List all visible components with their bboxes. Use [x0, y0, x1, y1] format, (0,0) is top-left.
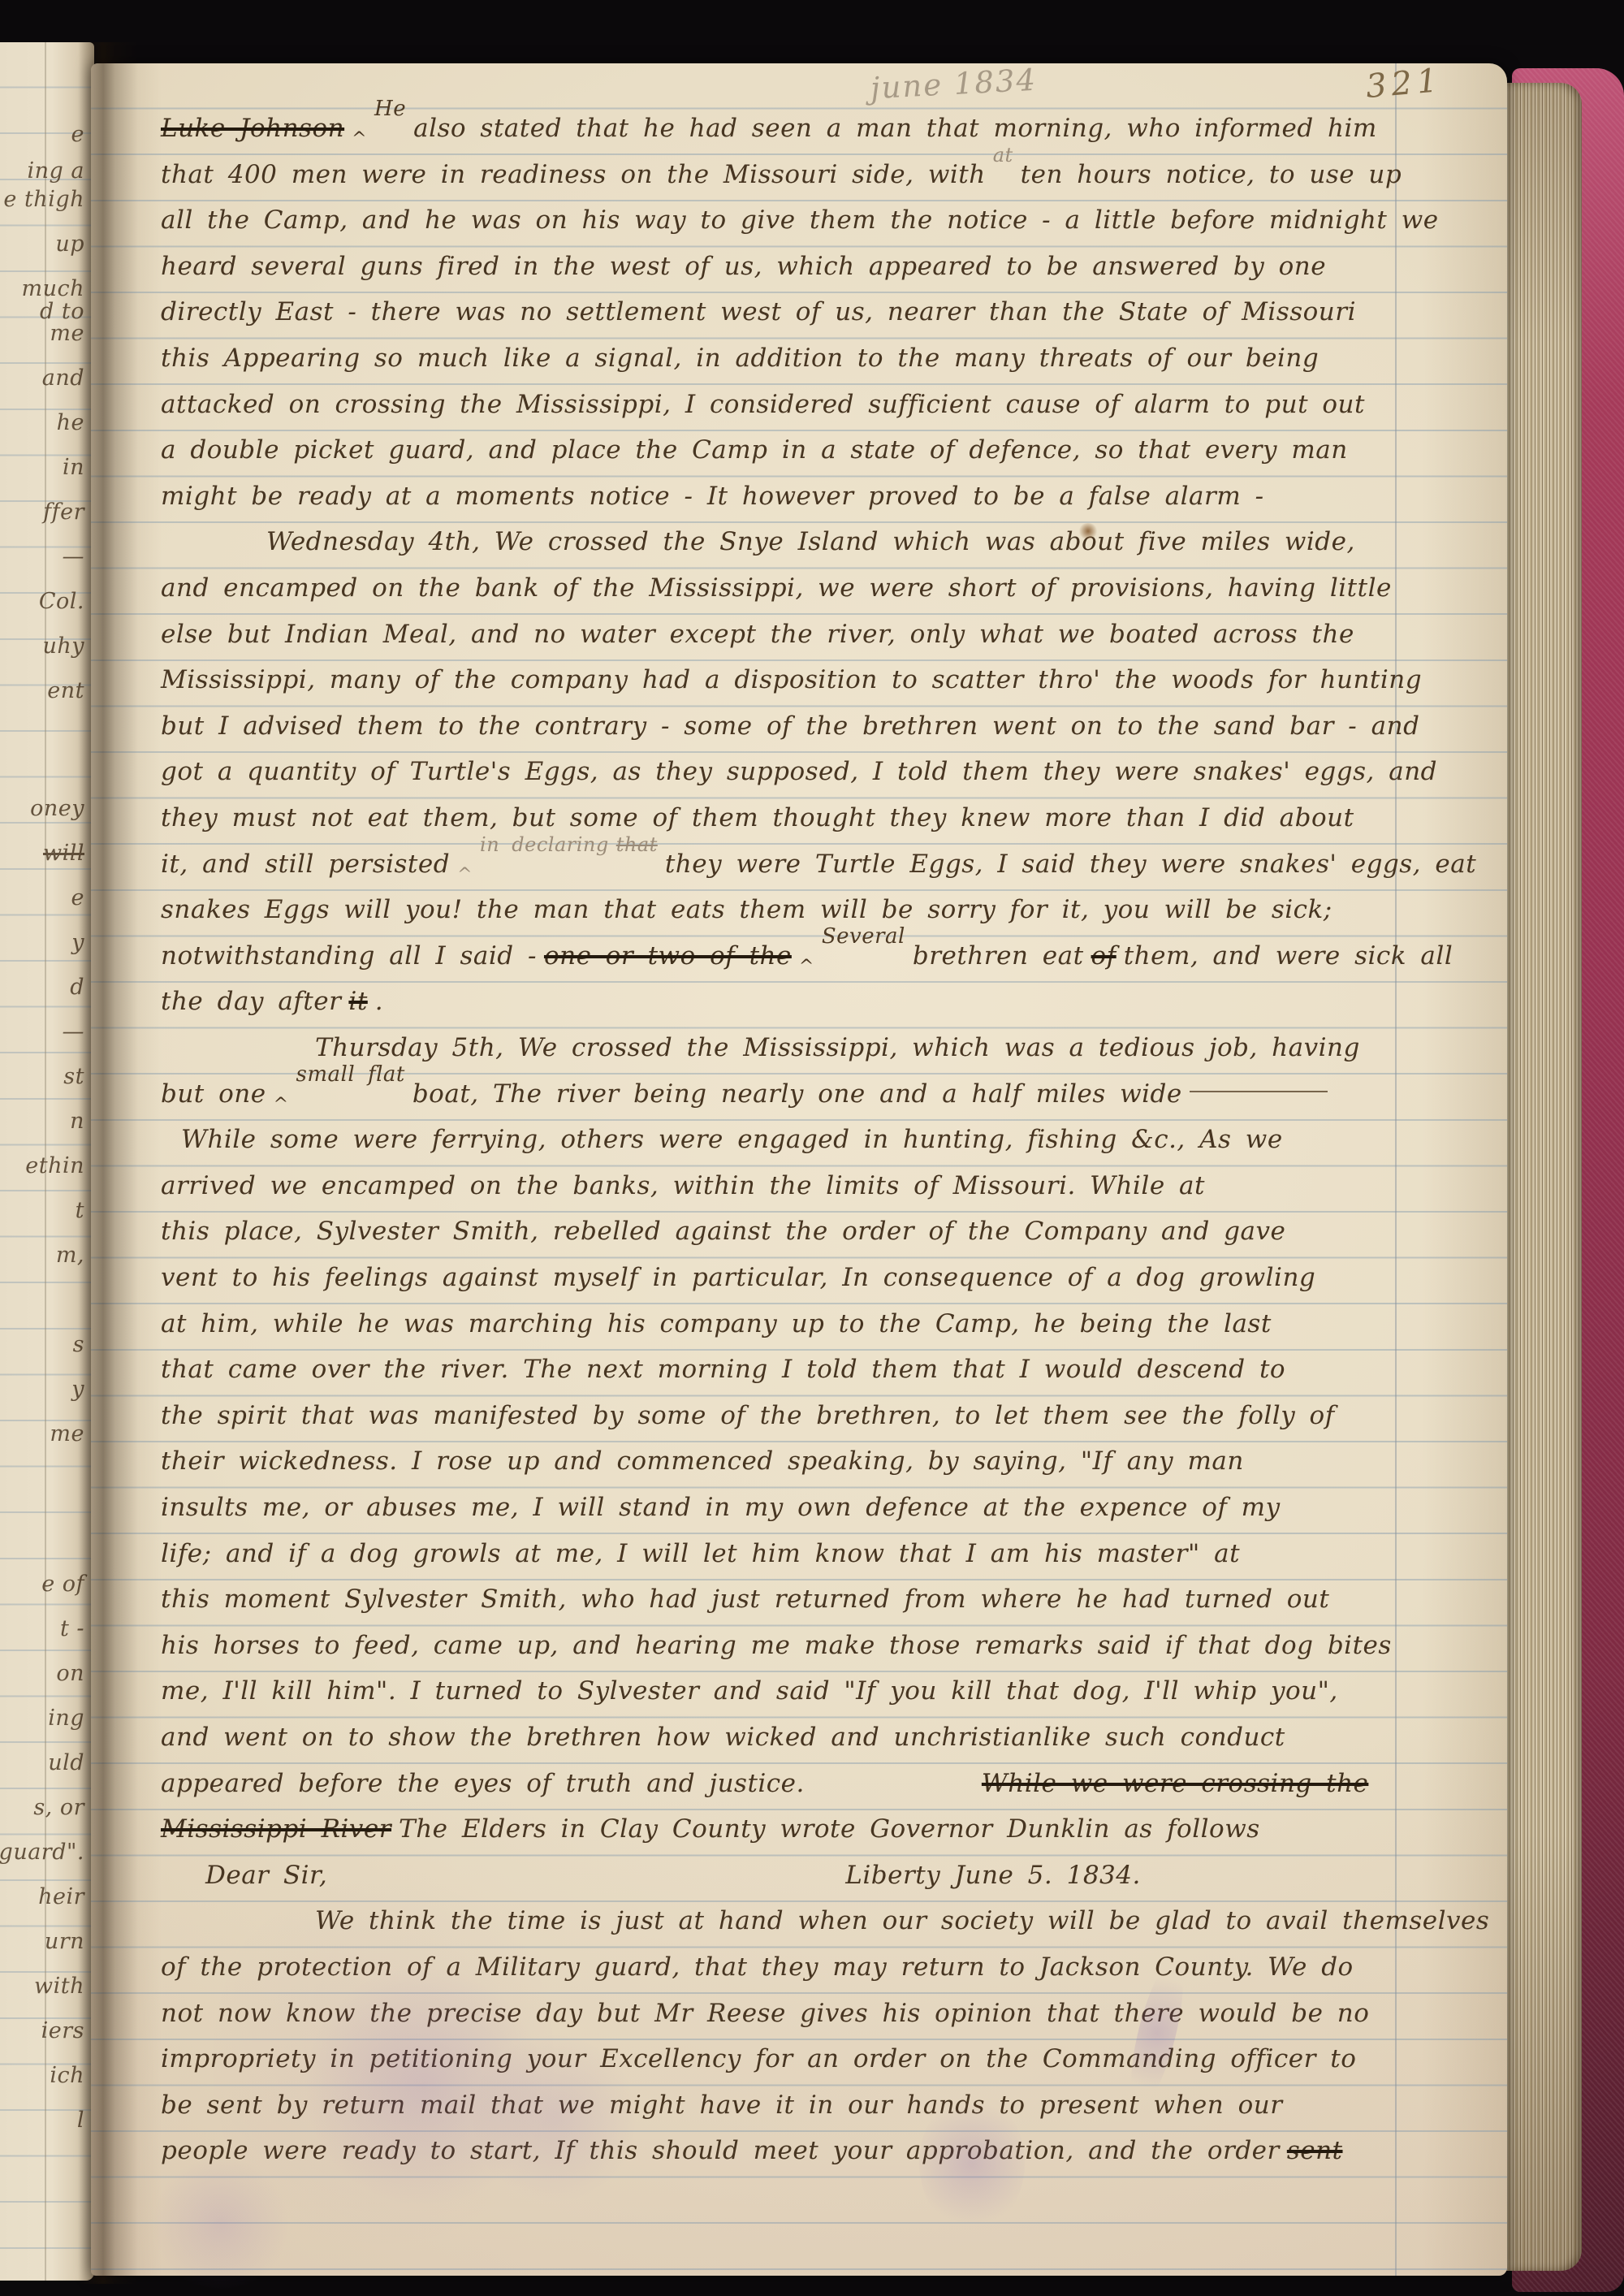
facing-text-fragment: on: [56, 1661, 84, 1686]
facing-text-fragment: m,: [56, 1243, 84, 1268]
facing-text-fragment: e of: [41, 1572, 84, 1597]
facing-text-fragment: much: [21, 276, 84, 301]
manuscript-line: it, and still persisted^in declaringthat…: [161, 850, 1484, 885]
ink-insertion: Several: [822, 924, 905, 949]
manuscript-line: me, I'll kill him". I turned to Sylveste…: [161, 1676, 1345, 1712]
handwritten-text: attacked on crossing the Mississippi, I …: [161, 390, 1365, 419]
facing-text-fragment: d: [70, 975, 84, 1000]
facing-text-fragment: me: [50, 321, 84, 346]
handwritten-text: Liberty June 5. 1834.: [845, 1861, 1141, 1890]
handwritten-text: directly East - there was no settlement …: [161, 297, 1356, 326]
handwritten-text: but one: [161, 1079, 266, 1109]
struck-text: Luke Johnson: [161, 114, 344, 143]
manuscript-line: be sent by return mail that we might hav…: [161, 2091, 1290, 2126]
book-photo: eing ae thighupmuchd tomeandheinffer—Col…: [0, 0, 1624, 2296]
manuscript-line: arrived we encamped on the banks, within…: [161, 1171, 1212, 1207]
handwritten-text: got a quantity of Turtle's Eggs, as they…: [161, 757, 1437, 786]
handwritten-text: of the protection of a Military guard, t…: [161, 1952, 1354, 1982]
manuscript-line: got a quantity of Turtle's Eggs, as they…: [161, 757, 1445, 793]
caret-mark: ^: [799, 957, 814, 977]
handwritten-text: .: [375, 987, 383, 1016]
paper-stain: [1078, 523, 1098, 539]
handwritten-text: heard several guns fired in the west of …: [161, 252, 1326, 281]
handwritten-text: this place, Sylvester Smith, rebelled ag…: [161, 1217, 1285, 1246]
handwritten-text: might be ready at a moments notice - It …: [161, 482, 1264, 511]
text-layer: Luke Johnson^Healso stated that he had s…: [161, 63, 1507, 2276]
handwritten-text: and encamped on the bank of the Mississi…: [161, 573, 1392, 603]
pencil-insertion: in declaring: [480, 833, 609, 856]
manuscript-line: that came over the river. The next morni…: [161, 1355, 1293, 1390]
manuscript-line: the spirit that was manifested by some o…: [161, 1401, 1342, 1437]
manuscript-line: their wickedness. I rose up and commence…: [161, 1446, 1251, 1482]
ink-insertion: He: [374, 97, 406, 121]
handwritten-text: a double picket guard, and place the Cam…: [161, 435, 1348, 465]
manuscript-line: insults me, or abuses me, I will stand i…: [161, 1493, 1288, 1529]
handwritten-text: arrived we encamped on the banks, within…: [161, 1171, 1205, 1200]
facing-text-fragment: —: [63, 1019, 85, 1044]
manuscript-line: Thursday 5th, We crossed the Mississippi…: [315, 1033, 1367, 1069]
manuscript-line: Dear Sir,Liberty June 5. 1834.: [205, 1861, 1148, 1896]
facing-text-fragment: Col.: [39, 589, 84, 614]
manuscript-line: this Appearing so much like a signal, in…: [161, 344, 1326, 379]
handwritten-text: insults me, or abuses me, I will stand i…: [161, 1493, 1281, 1522]
handwritten-text: appeared before the eyes of truth and ju…: [161, 1769, 805, 1798]
facing-text-fragment: n: [70, 1109, 84, 1134]
facing-text-fragment: t -: [60, 1616, 84, 1641]
handwritten-text: Thursday 5th, We crossed the Mississippi…: [315, 1033, 1360, 1062]
handwritten-text: While some were ferrying, others were en…: [181, 1125, 1283, 1154]
handwritten-text: impropriety in petitioning your Excellen…: [161, 2044, 1356, 2073]
manuscript-line: snakes Eggs will you! the man that eats …: [161, 895, 1340, 931]
facing-text-fragment: t: [76, 1198, 84, 1223]
facing-text-fragment: e: [71, 122, 84, 147]
manuscript-line: and encamped on the bank of the Mississi…: [161, 573, 1399, 609]
manuscript-line: Luke Johnson^Healso stated that he had s…: [161, 114, 1384, 149]
manuscript-line: Mississippi, many of the company had a d…: [161, 665, 1429, 701]
handwritten-text: they must not eat them, but some of them…: [161, 803, 1354, 832]
caret-mark: ^: [352, 129, 367, 149]
facing-text-fragment: ich: [50, 2063, 84, 2088]
manuscript-line: While some were ferrying, others were en…: [181, 1125, 1290, 1161]
manuscript-line: might be ready at a moments notice - It …: [161, 482, 1272, 517]
handwritten-text: Dear Sir,: [205, 1861, 327, 1890]
facing-text-fragment: uhy: [42, 633, 84, 659]
handwritten-text: all the Camp, and he was on his way to g…: [161, 205, 1439, 235]
facing-text-fragment: with: [34, 1974, 84, 1999]
caret-mark: ^: [457, 865, 473, 885]
handwritten-text: that 400 men were in readiness on the Mi…: [161, 160, 986, 189]
facing-text-fragment: me: [50, 1421, 84, 1446]
manuscript-line: life; and if a dog growls at me, I will …: [161, 1539, 1247, 1575]
manuscript-line: vent to his feelings against myself in p…: [161, 1263, 1323, 1299]
handwritten-text: me, I'll kill him". I turned to Sylveste…: [161, 1676, 1338, 1706]
manuscript-line: and went on to show the brethren how wic…: [161, 1723, 1293, 1758]
manuscript-line: all the Camp, and he was on his way to g…: [161, 205, 1446, 241]
manuscript-line: this place, Sylvester Smith, rebelled ag…: [161, 1217, 1293, 1252]
manuscript-line: but one^small flatboat, The river being …: [161, 1079, 1335, 1115]
manuscript-page: june 1834 321 Luke Johnson^Healso stated…: [91, 63, 1507, 2276]
facing-text-fragment: in: [63, 455, 84, 480]
handwritten-text: brethren eat: [913, 941, 1084, 971]
struck-text: it: [348, 987, 367, 1016]
facing-text-fragment: —: [63, 544, 85, 569]
facing-text-fragment: guard".: [0, 1840, 84, 1865]
manuscript-line: impropriety in petitioning your Excellen…: [161, 2044, 1363, 2080]
handwritten-text: vent to his feelings against myself in p…: [161, 1263, 1315, 1292]
manuscript-line: Wednesday 4th, We crossed the Snye Islan…: [266, 527, 1363, 563]
manuscript-line: but I advised them to the contrary - som…: [161, 711, 1427, 747]
handwritten-text: We think the time is just at hand when o…: [315, 1906, 1489, 1935]
facing-text-fragment: ing: [48, 1706, 84, 1731]
facing-text-fragment: e: [71, 885, 84, 910]
manuscript-line: that 400 men were in readiness on the Mi…: [161, 160, 1409, 196]
handwritten-text: the day after: [161, 987, 341, 1016]
facing-text-fragment: s, or: [33, 1795, 84, 1820]
facing-text-fragment: ent: [47, 678, 84, 703]
facing-text-fragment: l: [77, 2108, 84, 2133]
handwritten-text: this Appearing so much like a signal, in…: [161, 344, 1319, 373]
handwritten-text: them, and were sick all: [1124, 941, 1453, 971]
handwritten-text: his horses to feed, came up, and hearing…: [161, 1631, 1392, 1660]
handwritten-text: not now know the precise day but Mr Rees…: [161, 1999, 1369, 2028]
manuscript-line: a double picket guard, and place the Cam…: [161, 435, 1355, 471]
manuscript-line: appeared before the eyes of truth and ju…: [161, 1769, 1376, 1805]
handwritten-text: people were ready to start, If this shou…: [161, 2136, 1280, 2165]
pencil-insertion: at: [993, 144, 1013, 166]
handwritten-text: notwithstanding all I said -: [161, 941, 537, 971]
manuscript-line: heard several guns fired in the west of …: [161, 252, 1333, 288]
facing-text-fragment: will: [43, 841, 84, 866]
struck-text: While we were crossing the: [982, 1769, 1369, 1798]
manuscript-line: attacked on crossing the Mississippi, I …: [161, 390, 1372, 426]
handwritten-text: and went on to show the brethren how wic…: [161, 1723, 1285, 1752]
handwritten-text: their wickedness. I rose up and commence…: [161, 1446, 1244, 1476]
handwritten-text: Wednesday 4th, We crossed the Snye Islan…: [266, 527, 1355, 556]
struck-text: Mississippi River: [161, 1814, 391, 1844]
facing-text-fragment: uld: [48, 1750, 84, 1775]
caret-mark: ^: [274, 1095, 289, 1115]
facing-text-fragment: st: [63, 1064, 84, 1089]
manuscript-line: notwithstanding all I said -one or two o…: [161, 941, 1460, 977]
flourish-line: [1190, 1091, 1328, 1092]
manuscript-line: else but Indian Meal, and no water excep…: [161, 620, 1362, 655]
manuscript-line: directly East - there was no settlement …: [161, 297, 1363, 333]
manuscript-line: We think the time is just at hand when o…: [315, 1906, 1497, 1942]
facing-text-fragment: ffer: [43, 499, 84, 525]
facing-text-fragment: y: [71, 930, 84, 955]
facing-text-fragment: he: [57, 410, 84, 435]
facing-text-fragment: urn: [45, 1929, 84, 1954]
page-edges: [1499, 83, 1582, 2271]
handwritten-text: boat, The river being nearly one and a h…: [412, 1079, 1182, 1109]
handwritten-text: they were Turtle Eggs, I said they were …: [665, 850, 1476, 879]
struck-text: of: [1091, 941, 1116, 971]
facing-text-fragment: oney: [30, 796, 84, 821]
facing-text-fragment: up: [55, 231, 84, 257]
handwritten-text: at him, while he was marching his compan…: [161, 1309, 1272, 1338]
struck-text: one or two of the: [544, 941, 792, 971]
facing-page: eing ae thighupmuchd tomeandheinffer—Col…: [0, 42, 94, 2281]
facing-text-fragment: s: [73, 1332, 84, 1357]
manuscript-line: not now know the precise day but Mr Rees…: [161, 1999, 1376, 2034]
manuscript-line: Mississippi RiverThe Elders in Clay Coun…: [161, 1814, 1268, 1850]
facing-text-fragment: e thigh: [3, 187, 84, 212]
handwritten-text: Mississippi, many of the company had a d…: [161, 665, 1422, 694]
pencil-insertion-struck: that: [616, 833, 658, 856]
handwritten-text: that came over the river. The next morni…: [161, 1355, 1285, 1384]
manuscript-line: people were ready to start, If this shou…: [161, 2136, 1350, 2172]
handwritten-text: the spirit that was manifested by some o…: [161, 1401, 1335, 1430]
facing-text-fragment: y: [71, 1377, 84, 1402]
ink-insertion: small flat: [296, 1062, 405, 1087]
handwritten-text: this moment Sylvester Smith, who had jus…: [161, 1585, 1329, 1614]
handwritten-text: but I advised them to the contrary - som…: [161, 711, 1419, 741]
manuscript-line: this moment Sylvester Smith, who had jus…: [161, 1585, 1337, 1620]
handwritten-text: life; and if a dog growls at me, I will …: [161, 1539, 1240, 1568]
manuscript-line: of the protection of a Military guard, t…: [161, 1952, 1361, 1988]
handwritten-text: also stated that he had seen a man that …: [413, 114, 1377, 143]
facing-text-fragment: heir: [38, 1884, 84, 1909]
handwritten-text: The Elders in Clay County wrote Governor…: [399, 1814, 1260, 1844]
manuscript-line: the day afterit.: [161, 987, 391, 1023]
handwritten-text: be sent by return mail that we might hav…: [161, 2091, 1283, 2120]
manuscript-line: his horses to feed, came up, and hearing…: [161, 1631, 1399, 1667]
facing-text-fragment: ing a: [28, 158, 85, 184]
facing-text-fragment: and: [42, 365, 84, 391]
handwritten-text: ten hours notice, to use up: [1021, 160, 1402, 189]
manuscript-line: they must not eat them, but some of them…: [161, 803, 1362, 839]
handwritten-text: snakes Eggs will you! the man that eats …: [161, 895, 1332, 924]
handwritten-text: else but Indian Meal, and no water excep…: [161, 620, 1354, 649]
manuscript-line: at him, while he was marching his compan…: [161, 1309, 1279, 1345]
facing-text-fragment: iers: [41, 2018, 84, 2043]
handwritten-text: it, and still persisted: [161, 850, 450, 879]
struck-text: sent: [1287, 2136, 1343, 2165]
facing-text-fragment: ethin: [25, 1153, 84, 1178]
